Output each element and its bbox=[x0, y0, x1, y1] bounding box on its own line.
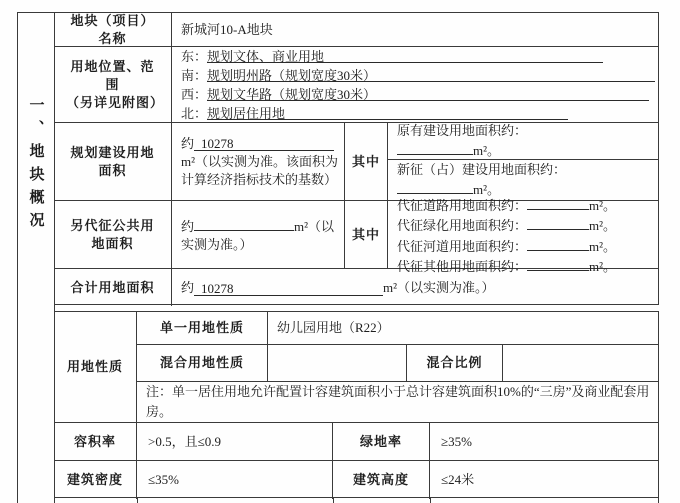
parcel-name-value: 新城河10-A地块 bbox=[172, 13, 659, 47]
table-continuation-line bbox=[658, 498, 659, 503]
requisition-river: 代征河道用地面积约：m²。 bbox=[397, 235, 659, 256]
requisition-road: 代征道路用地面积约：m²。 bbox=[397, 194, 659, 215]
direction-north: 北：规划居住用地 bbox=[181, 104, 659, 123]
land-use-note: 注：单一居住用地允许配置计容建筑面积小于总计容建筑面积10%的“三房”及商业配套… bbox=[137, 382, 659, 423]
single-use-label: 单一用地性质 bbox=[137, 312, 268, 345]
direction-south: 南：规划明州路（规划宽度30米） bbox=[181, 66, 659, 85]
direction-east: 东：规划文体、商业用地 bbox=[181, 47, 659, 66]
upper-table-section: 地块（项目）名称 新城河10-A地块 用地位置、范围 （另详见附图） 东：规划文… bbox=[54, 12, 659, 305]
direction-south-prefix: 南： bbox=[181, 68, 207, 83]
planned-area-number: 10278 bbox=[194, 135, 334, 151]
original-land-blank-line: m²。 bbox=[397, 139, 659, 159]
requisition-green-blank bbox=[527, 214, 589, 230]
lower-table-section: 用地性质 单一用地性质 幼儿园用地（R22） 混合用地性质 混合比例 注：单一居… bbox=[54, 311, 659, 498]
total-area-number: 10278 bbox=[194, 280, 383, 296]
extra-land-approx: 约 bbox=[181, 219, 194, 234]
requisition-list-cell: 代征道路用地面积约：m²。 代征绿化用地面积约：m²。 代征河道用地面积约：m²… bbox=[388, 201, 659, 269]
table-continuation-line bbox=[430, 498, 431, 503]
green-ratio-value: ≥35% bbox=[430, 423, 659, 461]
original-land-label: 原有建设用地面积约： bbox=[397, 123, 659, 139]
extra-land-text: 约m²（以实测为准。） bbox=[181, 215, 335, 254]
section-side-label: 一、地块概况 bbox=[26, 97, 47, 503]
original-land-unit: m²。 bbox=[473, 143, 500, 158]
planned-area-label: 规划建设用地面积 bbox=[54, 123, 172, 201]
mixed-use-value bbox=[268, 345, 407, 382]
requisition-river-unit: m²。 bbox=[589, 239, 616, 254]
direction-west: 西：规划文华路（规划宽度30米） bbox=[181, 85, 659, 104]
planned-area-value: 约10278 m²（以实测为准。该面积为 计算经济指标技术的基数） bbox=[172, 123, 345, 201]
mixed-use-label: 混合用地性质 bbox=[137, 345, 268, 382]
mix-ratio-value bbox=[503, 345, 659, 382]
requisition-green: 代征绿化用地面积约：m²。 bbox=[397, 214, 659, 235]
requisition-road-blank bbox=[527, 194, 589, 210]
location-label-line1: 用地位置、范围 bbox=[66, 58, 159, 94]
document-page: 一、地块概况 地块（项目）名称 新城河10-A地块 用地位置、范围 （另详见附图… bbox=[0, 0, 680, 503]
far-label: 容积率 bbox=[54, 423, 137, 461]
direction-north-blank: 规划居住用地 bbox=[207, 104, 568, 120]
parcel-name-label: 地块（项目）名称 bbox=[54, 13, 172, 47]
direction-east-prefix: 东： bbox=[181, 49, 207, 64]
building-height-label: 建筑高度 bbox=[333, 461, 430, 499]
extra-land-label: 另代征公共用地面积 bbox=[54, 201, 172, 269]
direction-south-blank: 规划明州路（规划宽度30米） bbox=[207, 66, 655, 82]
location-label-line2: （另详见附图） bbox=[66, 94, 159, 112]
density-value: ≤35% bbox=[137, 461, 333, 499]
total-area-approx: 约 bbox=[181, 279, 194, 297]
direction-west-blank: 规划文华路（规划宽度30米） bbox=[207, 85, 649, 101]
new-land-label: 新征（占）建设用地面积约： bbox=[397, 162, 659, 178]
location-label: 用地位置、范围 （另详见附图） bbox=[54, 47, 172, 123]
land-use-label: 用地性质 bbox=[54, 312, 137, 423]
requisition-road-unit: m²。 bbox=[589, 198, 616, 213]
planned-area-line1: 约10278 bbox=[181, 135, 344, 153]
original-land-blank bbox=[397, 139, 473, 155]
total-area-note: m²（以实测为准。） bbox=[383, 279, 495, 297]
new-land-blank bbox=[397, 178, 473, 194]
total-area-value: 约10278m²（以实测为准。） bbox=[172, 269, 659, 306]
total-area-label: 合计用地面积 bbox=[54, 269, 172, 306]
requisition-river-blank bbox=[527, 235, 589, 251]
original-land-cell: 原有建设用地面积约： m²。 bbox=[388, 123, 659, 160]
among-label-2: 其中 bbox=[345, 201, 388, 269]
planned-area-approx: 约 bbox=[181, 136, 194, 151]
table-continuation-line bbox=[333, 498, 334, 503]
requisition-green-unit: m²。 bbox=[589, 218, 616, 233]
section-side-column: 一、地块概况 bbox=[17, 12, 55, 503]
among-label-1: 其中 bbox=[345, 123, 388, 201]
green-ratio-label: 绿地率 bbox=[333, 423, 430, 461]
extra-land-value: 约m²（以实测为准。） bbox=[172, 201, 345, 269]
direction-north-prefix: 北： bbox=[181, 106, 207, 121]
single-use-value: 幼儿园用地（R22） bbox=[268, 312, 659, 345]
mix-ratio-label: 混合比例 bbox=[407, 345, 503, 382]
location-value: 东：规划文体、商业用地 南：规划明州路（规划宽度30米） 西：规划文华路（规划宽… bbox=[172, 47, 659, 123]
table-continuation-line bbox=[137, 498, 138, 503]
density-label: 建筑密度 bbox=[54, 461, 137, 499]
direction-west-prefix: 西： bbox=[181, 87, 207, 102]
far-value: >0.5，且≤0.9 bbox=[137, 423, 333, 461]
requisition-river-label: 代征河道用地面积约： bbox=[397, 239, 527, 254]
requisition-green-label: 代征绿化用地面积约： bbox=[397, 218, 527, 233]
direction-east-blank: 规划文体、商业用地 bbox=[207, 47, 603, 63]
building-height-value: ≤24米 bbox=[430, 461, 659, 499]
extra-land-blank bbox=[194, 215, 294, 231]
planned-area-note-line1: m²（以实测为准。该面积为 bbox=[181, 153, 344, 171]
planned-area-note-line2: 计算经济指标技术的基数） bbox=[181, 171, 344, 189]
requisition-road-label: 代征道路用地面积约： bbox=[397, 198, 527, 213]
